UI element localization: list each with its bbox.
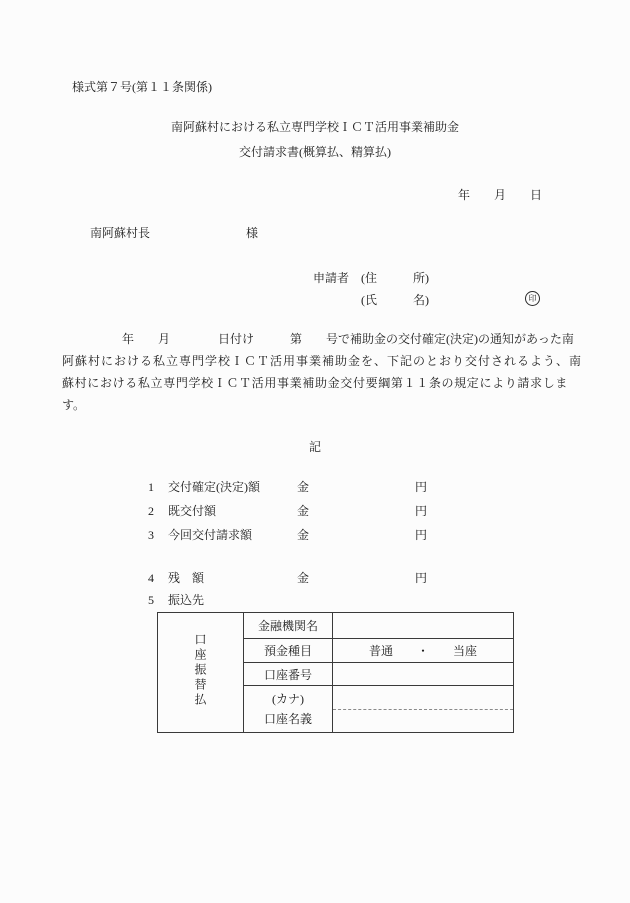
list-item-remaining-amount: 4 残 額 金 円 — [0, 571, 630, 587]
seal-icon: 印 — [525, 291, 540, 306]
item-label: 残 額 — [168, 571, 204, 586]
item-label: 既交付額 — [168, 504, 216, 519]
item-currency-prefix: 金 — [297, 480, 309, 495]
item-label: 今回交付請求額 — [168, 528, 252, 543]
list-item-grant-confirmed-amount: 1 交付確定(決定)額 金 円 — [0, 480, 630, 496]
document-title-line1: 南阿蘇村における私立専門学校ＩＣＴ活用事業補助金 — [0, 120, 630, 135]
item-currency-prefix: 金 — [297, 571, 309, 586]
table-value-account-holder — [333, 686, 514, 733]
table-label-account-type: 預金種目 — [244, 639, 333, 663]
addressee-line: 南阿蘇村長 様 — [90, 226, 258, 241]
item-currency-suffix: 円 — [415, 504, 427, 519]
account-holder-kana-label: (カナ) — [244, 689, 332, 709]
table-value-account-type: 普通 ・ 当座 — [333, 639, 514, 663]
item-label: 振込先 — [168, 593, 204, 608]
list-item-transfer-destination: 5 振込先 — [0, 593, 630, 609]
kana-separator-dashed-line — [333, 709, 513, 710]
ki-heading: 記 — [0, 440, 630, 455]
table-value-bank-name — [333, 613, 514, 639]
table-side-header: 口座振替払 — [192, 633, 209, 708]
applicant-address-line: 申請者 (住 所) — [313, 271, 429, 286]
item-number: 4 — [148, 571, 154, 586]
date-blank-line: 年 月 日 — [458, 188, 542, 203]
list-item-current-request-amount: 3 今回交付請求額 金 円 — [0, 528, 630, 544]
form-number: 様式第７号(第１１条関係) — [72, 80, 212, 95]
bank-transfer-table: 口座振替払 金融機関名 預金種目 普通 ・ 当座 口座番号 (カナ) 口座名義 — [157, 612, 514, 733]
item-currency-prefix: 金 — [297, 504, 309, 519]
document-title-line2: 交付請求書(概算払、精算払) — [0, 145, 630, 160]
item-number: 1 — [148, 480, 154, 495]
account-holder-name-label: 口座名義 — [244, 709, 332, 729]
item-number: 5 — [148, 593, 154, 608]
item-currency-suffix: 円 — [415, 571, 427, 586]
item-label: 交付確定(決定)額 — [168, 480, 260, 495]
table-label-bank-name: 金融機関名 — [244, 613, 333, 639]
item-currency-prefix: 金 — [297, 528, 309, 543]
item-number: 2 — [148, 504, 154, 519]
list-item-already-paid-amount: 2 既交付額 金 円 — [0, 504, 630, 520]
body-paragraph-line2: 阿蘇村における私立専門学校ＩＣＴ活用事業補助金を、下記のとおり交付されるよう、南 — [62, 354, 582, 369]
body-paragraph-line1: 年 月 日付け 第 号で補助金の交付確定(決定)の通知があった南 — [62, 332, 574, 347]
body-paragraph-line3: 蘇村における私立専門学校ＩＣＴ活用事業補助金交付要綱第１１条の規定により請求しま — [62, 376, 568, 391]
document-page: 様式第７号(第１１条関係) 南阿蘇村における私立専門学校ＩＣＴ活用事業補助金 交… — [0, 0, 630, 903]
seal-character: 印 — [529, 295, 537, 303]
applicant-name-line: (氏 名) — [361, 293, 429, 308]
table-side-header-cell: 口座振替払 — [158, 613, 244, 733]
table-label-account-holder: (カナ) 口座名義 — [244, 686, 333, 733]
table-value-account-number — [333, 663, 514, 686]
item-number: 3 — [148, 528, 154, 543]
item-currency-suffix: 円 — [415, 528, 427, 543]
body-paragraph-line4: す。 — [62, 398, 85, 413]
item-currency-suffix: 円 — [415, 480, 427, 495]
table-label-account-number: 口座番号 — [244, 663, 333, 686]
